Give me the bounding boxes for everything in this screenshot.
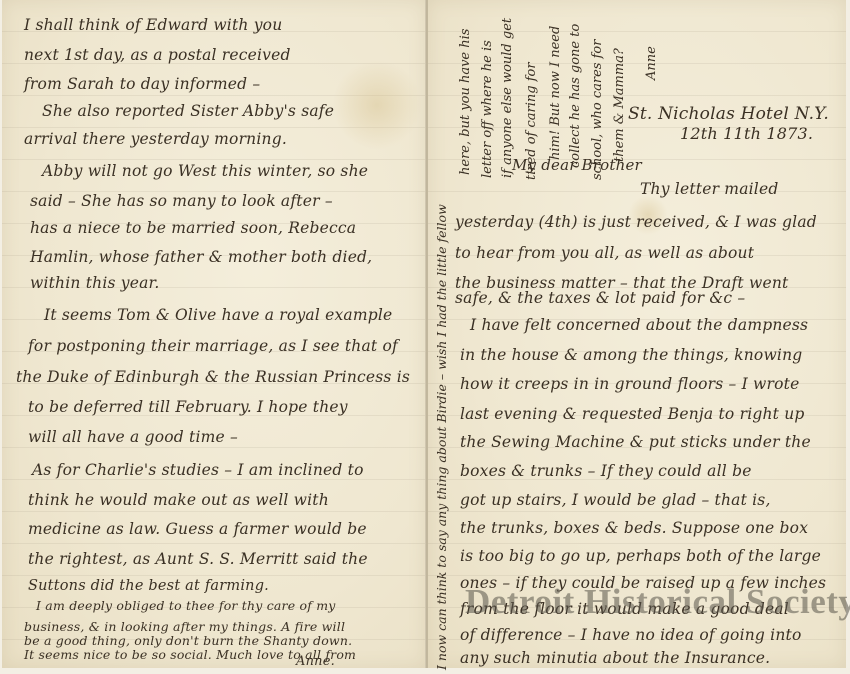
left-line: said – She has so many to look after – bbox=[30, 192, 333, 210]
right-line: the trunks, boxes & beds. Suppose one bo… bbox=[460, 519, 808, 537]
left-line: be a good thing, only don't burn the Sha… bbox=[24, 633, 352, 648]
left-line: within this year. bbox=[30, 274, 160, 292]
margin-line: them & Mamma? bbox=[612, 48, 627, 162]
left-line: to be deferred till February. I hope the… bbox=[28, 398, 348, 416]
right-line: is too big to go up, perhaps both of the… bbox=[460, 547, 821, 565]
left-line: the Duke of Edinburgh & the Russian Prin… bbox=[16, 368, 410, 386]
paper-stain bbox=[332, 60, 422, 150]
left-line: arrival there yesterday morning. bbox=[24, 130, 287, 148]
right-line: the Sewing Machine & put sticks under th… bbox=[460, 433, 811, 451]
margin-line: him! But now I need bbox=[548, 26, 563, 160]
left-line: It seems Tom & Olive have a royal exampl… bbox=[44, 306, 392, 324]
margin-line: here, but you have his bbox=[458, 29, 473, 175]
right-line: to hear from you all, as well as about bbox=[455, 244, 754, 262]
letter-place: St. Nicholas Hotel N.Y. bbox=[628, 104, 829, 124]
margin-signature: Anne bbox=[644, 46, 659, 80]
left-line: for postponing their marriage, as I see … bbox=[28, 337, 398, 355]
margin-line: collect he has gone to bbox=[568, 24, 583, 168]
left-line: Suttons did the best at farming. bbox=[28, 578, 269, 594]
left-line: business, & in looking after my things. … bbox=[24, 619, 345, 634]
right-line: got up stairs, I would be glad – that is… bbox=[460, 491, 771, 509]
left-line: think he would make out as well with bbox=[28, 491, 329, 509]
left-line: Hamlin, whose father & mother both died, bbox=[30, 248, 372, 266]
margin-line: tired of caring for bbox=[524, 62, 539, 180]
left-line: the rightest, as Aunt S. S. Merritt said… bbox=[28, 550, 368, 568]
right-line: last evening & requested Benja to right … bbox=[460, 405, 805, 423]
right-line: safe, & the taxes & lot paid for &c – bbox=[455, 289, 745, 307]
margin-line: school, who cares for bbox=[590, 40, 605, 180]
margin-line: if anyone else would get bbox=[500, 18, 515, 178]
letter-scan: I shall think of Edward with you next 1s… bbox=[0, 0, 850, 674]
watermark: Detroit Historical Society bbox=[465, 582, 850, 622]
right-line: how it creeps in in ground floors – I wr… bbox=[460, 375, 799, 393]
right-line: any such minutia about the Insurance. bbox=[460, 649, 770, 667]
left-line: Abby will not go West this winter, so sh… bbox=[42, 162, 368, 180]
letter-date: 12th 11th 1873. bbox=[680, 124, 813, 143]
right-line: boxes & trunks – If they could all be bbox=[460, 462, 752, 480]
left-line: has a niece to be married soon, Rebecca bbox=[30, 219, 356, 237]
margin-line: I now can think to say any thing about B… bbox=[434, 204, 449, 670]
right-line: in the house & among the things, knowing bbox=[460, 346, 802, 364]
left-line: I shall think of Edward with you bbox=[24, 16, 282, 34]
right-line: Thy letter mailed bbox=[640, 180, 778, 198]
right-line: I have felt concerned about the dampness bbox=[470, 316, 808, 334]
right-line: of difference – I have no idea of going … bbox=[460, 626, 801, 644]
left-line: medicine as law. Guess a farmer would be bbox=[28, 520, 367, 538]
left-line: from Sarah to day informed – bbox=[24, 75, 260, 93]
right-line: yesterday (4th) is just received, & I wa… bbox=[455, 213, 817, 231]
margin-line: letter off where he is bbox=[480, 40, 495, 178]
left-line: As for Charlie's studies – I am inclined… bbox=[32, 461, 364, 479]
left-line: will all have a good time – bbox=[28, 428, 238, 446]
left-line: She also reported Sister Abby's safe bbox=[42, 102, 334, 120]
left-line: I am deeply obliged to thee for thy care… bbox=[36, 598, 336, 613]
letter-signature: Anne. bbox=[296, 654, 335, 669]
left-line: next 1st day, as a postal received bbox=[24, 46, 291, 64]
